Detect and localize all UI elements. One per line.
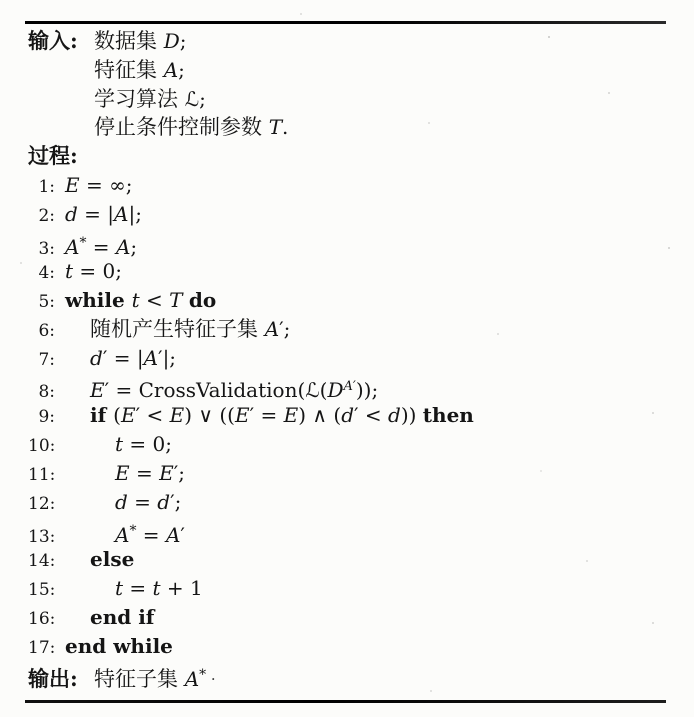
output-item: 特征子集 A* · bbox=[94, 661, 216, 694]
seg-rm: ′ = bbox=[250, 403, 284, 427]
seg-rm: ′ = | bbox=[103, 346, 144, 370]
seg-rm: ′ = CrossValidation( bbox=[105, 378, 306, 402]
seg-rm: < bbox=[140, 288, 169, 312]
seg-kw: then bbox=[423, 403, 474, 427]
seg-supvar: A′ bbox=[344, 379, 356, 394]
algorithm-step-10: 10:t = 0; bbox=[28, 430, 673, 459]
seg-kw: end while bbox=[65, 634, 173, 658]
seg-scr: ℒ bbox=[305, 378, 319, 402]
process-label: 过程: bbox=[28, 142, 94, 171]
seg-var: E bbox=[159, 461, 174, 485]
line-number: 5: bbox=[28, 288, 55, 317]
seg-cn: 特征子集 bbox=[94, 667, 185, 691]
seg-var: T bbox=[169, 288, 182, 312]
seg-var: D bbox=[164, 29, 180, 53]
input-item: 特征集 A; bbox=[94, 56, 185, 85]
seg-kw: while bbox=[65, 288, 132, 312]
input-item: 数据集 D; bbox=[94, 27, 186, 56]
seg-rm: ′ < bbox=[354, 403, 388, 427]
statement: while t < T do bbox=[65, 286, 216, 315]
seg-var: E bbox=[115, 461, 130, 485]
seg-rm: ′|; bbox=[158, 346, 176, 370]
line-number: 9: bbox=[28, 403, 55, 432]
line-number: 14: bbox=[28, 547, 55, 576]
algorithm-page: 输入:数据集 D;特征集 A;学习算法 ℒ;停止条件控制参数 T. 过程: 1:… bbox=[0, 0, 694, 717]
statement: t = t + 1 bbox=[115, 574, 203, 603]
line-number: 16: bbox=[28, 605, 55, 634]
seg-rm: . bbox=[282, 115, 288, 139]
seg-rm: )); bbox=[356, 378, 378, 402]
seg-rm: ; bbox=[130, 235, 137, 259]
seg-rm: = | bbox=[78, 202, 114, 226]
line-number: 10: bbox=[28, 432, 55, 461]
seg-cn: 随机产生特征子集 bbox=[90, 317, 265, 341]
line-number: 17: bbox=[28, 634, 55, 663]
seg-rm: = ∞; bbox=[80, 173, 133, 197]
seg-rm: = bbox=[86, 235, 115, 259]
line-number: 8: bbox=[28, 378, 55, 407]
seg-scr: ℒ bbox=[185, 87, 199, 111]
seg-var: E bbox=[121, 403, 136, 427]
seg-var: A bbox=[144, 346, 158, 370]
seg-cn: 学习算法 bbox=[94, 87, 185, 111]
statement: E = ∞; bbox=[65, 171, 132, 200]
seg-var: d bbox=[90, 346, 103, 370]
seg-rm: )) bbox=[401, 403, 423, 427]
seg-var: A bbox=[166, 523, 180, 547]
seg-var: E bbox=[284, 403, 299, 427]
algorithm-step-4: 4:t = 0; bbox=[28, 257, 673, 286]
seg-dot: · bbox=[206, 670, 216, 688]
statement: else bbox=[90, 545, 134, 574]
seg-var: E bbox=[65, 173, 80, 197]
process-line: 过程: bbox=[28, 142, 673, 171]
algorithm-step-2: 2:d = |A|; bbox=[28, 200, 673, 229]
seg-rm: = 0; bbox=[73, 259, 122, 283]
statement: t = 0; bbox=[115, 430, 172, 459]
algorithm-step-5: 5:while t < T do bbox=[28, 286, 673, 315]
seg-var: A bbox=[116, 235, 130, 259]
algorithm-step-14: 14:else bbox=[28, 545, 673, 574]
line-number: 4: bbox=[28, 259, 55, 288]
statement: E = E′; bbox=[115, 459, 185, 488]
seg-var: d bbox=[341, 403, 354, 427]
seg-var: A bbox=[114, 202, 128, 226]
seg-var: D bbox=[327, 378, 343, 402]
seg-rm: ; bbox=[178, 58, 185, 82]
algorithm-step-12: 12:d = d′; bbox=[28, 488, 673, 517]
seg-var: A bbox=[265, 317, 279, 341]
line-number: 6: bbox=[28, 317, 55, 346]
seg-var: t bbox=[153, 576, 161, 600]
seg-rm: ′ < bbox=[136, 403, 170, 427]
seg-rm: ′; bbox=[174, 461, 185, 485]
seg-rm: ) ∨ (( bbox=[184, 403, 235, 427]
output-label: 输出: bbox=[28, 665, 94, 694]
statement: d = d′; bbox=[115, 488, 181, 517]
algorithm-step-3: 3:A* = A; bbox=[28, 229, 673, 258]
seg-rm: = bbox=[128, 490, 157, 514]
seg-var: A bbox=[164, 58, 178, 82]
seg-var: d bbox=[65, 202, 78, 226]
algorithm-step-6: 6:随机产生特征子集 A′; bbox=[28, 315, 673, 344]
seg-rm: ( bbox=[113, 403, 121, 427]
input-line-1: 输入:数据集 D; bbox=[28, 27, 673, 56]
input-line-4: 停止条件控制参数 T. bbox=[28, 113, 673, 142]
seg-var: t bbox=[115, 432, 123, 456]
line-number: 2: bbox=[28, 202, 55, 231]
scan-speckles bbox=[0, 0, 2, 2]
seg-var: T bbox=[269, 115, 282, 139]
seg-var: E bbox=[170, 403, 185, 427]
algorithm-content: 输入:数据集 D;特征集 A;学习算法 ℒ;停止条件控制参数 T. 过程: 1:… bbox=[28, 27, 673, 689]
line-number: 15: bbox=[28, 576, 55, 605]
algorithm-step-15: 15:t = t + 1 bbox=[28, 574, 673, 603]
algorithm-step-9: 9:if (E′ < E) ∨ ((E′ = E) ∧ (d′ < d)) th… bbox=[28, 401, 673, 430]
seg-var: E bbox=[90, 378, 105, 402]
input-item: 停止条件控制参数 T. bbox=[94, 113, 288, 142]
line-number: 12: bbox=[28, 490, 55, 519]
seg-var: A bbox=[185, 667, 199, 691]
statement: d = |A|; bbox=[65, 200, 142, 229]
top-rule bbox=[25, 21, 666, 24]
seg-var: d bbox=[115, 490, 128, 514]
input-line-3: 学习算法 ℒ; bbox=[28, 85, 673, 114]
seg-var: d bbox=[157, 490, 170, 514]
seg-rm: = bbox=[123, 576, 152, 600]
statement: 随机产生特征子集 A′; bbox=[90, 315, 290, 344]
seg-cn: 停止条件控制参数 bbox=[94, 115, 269, 139]
statement: d′ = |A′|; bbox=[90, 344, 176, 373]
statement: end while bbox=[65, 632, 173, 661]
algorithm-step-13: 13:A* = A′ bbox=[28, 517, 673, 546]
steps-block: 1:E = ∞;2:d = |A|;3:A* = A;4:t = 0;5:whi… bbox=[28, 171, 673, 661]
bottom-rule bbox=[25, 700, 666, 703]
seg-cn: 特征集 bbox=[94, 58, 164, 82]
seg-kw: else bbox=[90, 547, 134, 571]
seg-rm: = bbox=[136, 523, 165, 547]
seg-rm: = bbox=[130, 461, 159, 485]
seg-kw: do bbox=[189, 288, 216, 312]
seg-kw: end if bbox=[90, 605, 154, 629]
seg-rm: ′ bbox=[180, 523, 185, 547]
seg-rm: ′; bbox=[170, 490, 181, 514]
line-number: 7: bbox=[28, 346, 55, 375]
seg-rm: = 0; bbox=[123, 432, 172, 456]
algorithm-step-17: 17:end while bbox=[28, 632, 673, 661]
output-line: 输出: 特征子集 A* · bbox=[28, 661, 673, 690]
seg-rm: ; bbox=[180, 29, 187, 53]
algorithm-step-7: 7:d′ = |A′|; bbox=[28, 344, 673, 373]
seg-rm: ; bbox=[199, 87, 206, 111]
statement: E′ = CrossValidation(ℒ(DA′)); bbox=[90, 373, 378, 405]
algorithm-step-11: 11:E = E′; bbox=[28, 459, 673, 488]
seg-var: t bbox=[65, 259, 73, 283]
seg-cn: 数据集 bbox=[94, 29, 164, 53]
algorithm-step-8: 8:E′ = CrossValidation(ℒ(DA′)); bbox=[28, 373, 673, 402]
statement: if (E′ < E) ∨ ((E′ = E) ∧ (d′ < d)) then bbox=[90, 401, 474, 430]
seg-rm: |; bbox=[128, 202, 141, 226]
algorithm-step-16: 16:end if bbox=[28, 603, 673, 632]
seg-var: E bbox=[235, 403, 250, 427]
input-label: 输入: bbox=[28, 27, 94, 56]
statement: end if bbox=[90, 603, 154, 632]
seg-var: A bbox=[65, 235, 79, 259]
input-block: 输入:数据集 D;特征集 A;学习算法 ℒ;停止条件控制参数 T. bbox=[28, 27, 673, 142]
seg-var: d bbox=[388, 403, 401, 427]
line-number: 1: bbox=[28, 173, 55, 202]
statement: t = 0; bbox=[65, 257, 122, 286]
seg-rm: ′; bbox=[279, 317, 290, 341]
input-item: 学习算法 ℒ; bbox=[94, 85, 206, 114]
seg-rm: + 1 bbox=[161, 576, 203, 600]
algorithm-step-1: 1:E = ∞; bbox=[28, 171, 673, 200]
line-number: 11: bbox=[28, 461, 55, 490]
seg-var: t bbox=[115, 576, 123, 600]
seg-kw: if bbox=[90, 403, 113, 427]
input-line-2: 特征集 A; bbox=[28, 56, 673, 85]
seg-rm: ) ∧ ( bbox=[298, 403, 341, 427]
seg-var: t bbox=[132, 288, 140, 312]
seg-var: A bbox=[115, 523, 129, 547]
